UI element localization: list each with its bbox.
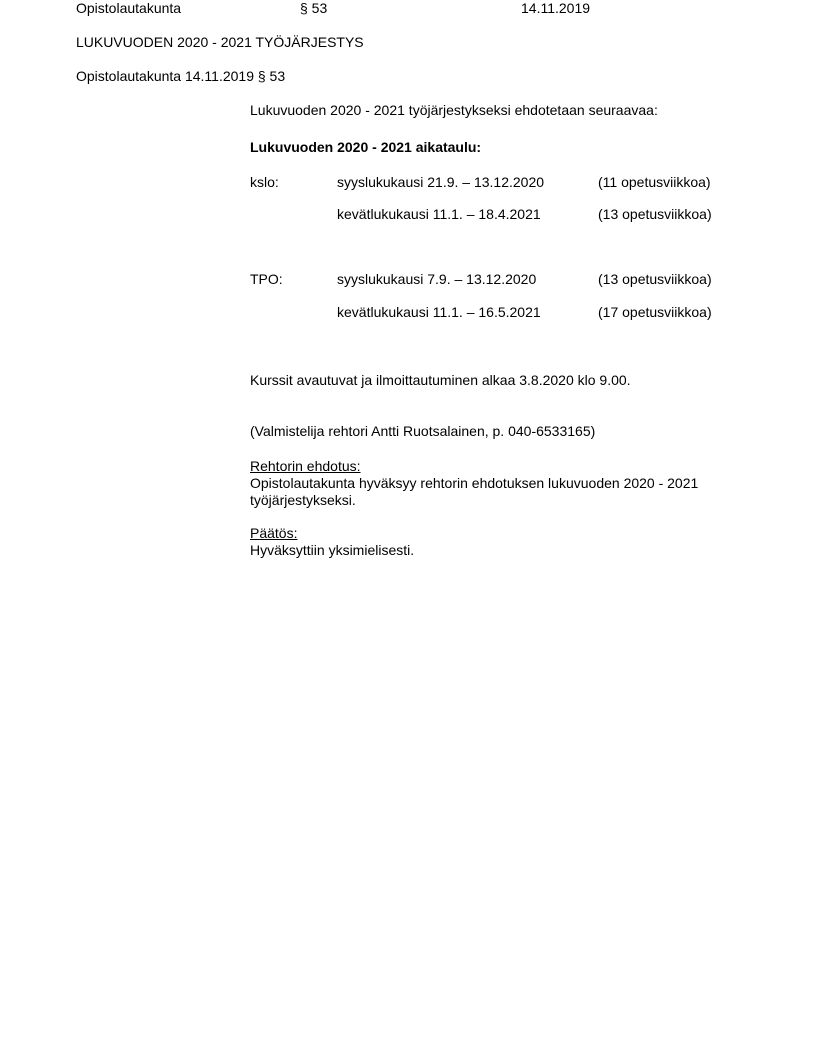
term-weeks: (17 opetusviikkoa) bbox=[598, 304, 712, 321]
intro-text: Lukuvuoden 2020 - 2021 työjärjestykseksi… bbox=[250, 102, 658, 119]
committee-name: Opistolautakunta bbox=[76, 0, 181, 17]
registration-text: Kurssit avautuvat ja ilmoittautuminen al… bbox=[250, 372, 631, 389]
proposal-heading: Rehtorin ehdotus: bbox=[250, 458, 361, 475]
term-period: syyslukukausi 7.9. – 13.12.2020 bbox=[337, 271, 536, 288]
schedule-label: TPO: bbox=[250, 271, 283, 288]
proposal-text: Opistolautakunta hyväksyy rehtorin ehdot… bbox=[250, 475, 730, 509]
term-weeks: (11 opetusviikkoa) bbox=[598, 174, 711, 191]
term-period: kevätlukukausi 11.1. – 16.5.2021 bbox=[337, 304, 541, 321]
schedule-label: kslo: bbox=[250, 174, 279, 191]
term-weeks: (13 opetusviikkoa) bbox=[598, 206, 712, 223]
term-period: kevätlukukausi 11.1. – 18.4.2021 bbox=[337, 206, 541, 223]
term-period: syyslukukausi 21.9. – 13.12.2020 bbox=[337, 174, 544, 191]
preparer-text: (Valmistelija rehtori Antti Ruotsalainen… bbox=[250, 423, 595, 440]
decision-heading: Päätös: bbox=[250, 525, 297, 542]
section-number: § 53 bbox=[300, 0, 327, 17]
document-title: LUKUVUODEN 2020 - 2021 TYÖJÄRJESTYS bbox=[76, 34, 364, 51]
term-weeks: (13 opetusviikkoa) bbox=[598, 271, 712, 288]
schedule-heading: Lukuvuoden 2020 - 2021 aikataulu: bbox=[250, 139, 481, 156]
meeting-reference: Opistolautakunta 14.11.2019 § 53 bbox=[76, 68, 285, 85]
decision-text: Hyväksyttiin yksimielisesti. bbox=[250, 542, 414, 559]
meeting-date: 14.11.2019 bbox=[521, 0, 590, 17]
